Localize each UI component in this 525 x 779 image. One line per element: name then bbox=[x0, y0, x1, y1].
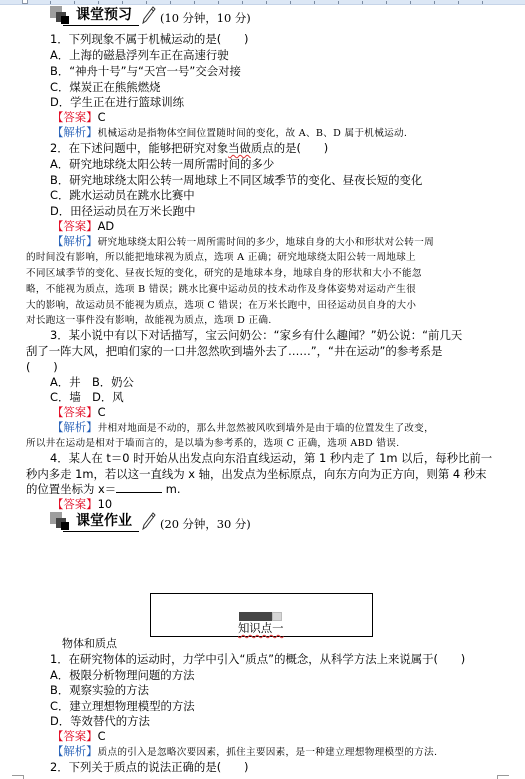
stem-text: 的位置坐标为 x＝ bbox=[26, 482, 116, 496]
analysis-text: 对长跑这一事件没有影响，故能视为质点，选项 D 正确. bbox=[26, 313, 272, 328]
ruler-tick bbox=[74, 1, 75, 4]
analysis-label: 【解析】 bbox=[52, 234, 98, 248]
knowledge-point-badge bbox=[239, 612, 282, 621]
analysis-text: 研究地球绕太阳公转一周所需时间的多少，地球自身的大小和形状对公转一周 bbox=[98, 237, 434, 248]
knowledge-point-text: 知识点一 bbox=[238, 621, 284, 635]
question-stem: 2．在下述问题中，能够把研究对象当做质点的是( ) bbox=[50, 141, 328, 156]
title-underline bbox=[63, 531, 139, 532]
header-decoration-icon bbox=[61, 522, 69, 530]
ruler-tick bbox=[194, 1, 195, 4]
options-row: C．墙 D．风 bbox=[50, 390, 124, 405]
question-stem: 4．某人在 t＝0 时开始从出发点向东沿直线运动，第 1 秒内走了 1m 以后，… bbox=[50, 451, 492, 466]
question-stem: 1．在研究物体的运动时，力学中引入“质点”的概念，从科学方法上来说属于( ) bbox=[50, 652, 465, 667]
knowledge-point-topic: 物体和质点 bbox=[62, 636, 117, 651]
option-d: D．等效替代的方法 bbox=[50, 714, 150, 729]
section-title: 课堂预习 bbox=[76, 7, 132, 23]
badge-dark bbox=[239, 612, 272, 621]
question-stem: 2．下列关于质点的说法正确的是( ) bbox=[50, 760, 248, 775]
analysis-text: 不同区域季节的变化、昼夜长短的变化，研究的是地球本身，地球自身的形状和大小不能忽 bbox=[26, 266, 422, 281]
option-c: C．跳水运动员在跳水比赛中 bbox=[50, 188, 195, 203]
ruler-tick bbox=[362, 1, 363, 4]
ruler-tick bbox=[242, 1, 243, 4]
analysis-text: 所以井在运动是相对于墙而言的，是以墙为参考系的，选项 C 正确，选项 ABD 错… bbox=[26, 436, 399, 451]
pencil-icon bbox=[142, 6, 156, 24]
page-corner-mark bbox=[12, 775, 24, 779]
option-c: C．建立理想物理模型的方法 bbox=[50, 699, 195, 714]
pencil-icon bbox=[142, 512, 156, 530]
answer-value: C bbox=[98, 405, 106, 419]
answer-value: 10 bbox=[98, 497, 113, 511]
answer-label: 【答案】 bbox=[52, 405, 98, 419]
ruler-tick bbox=[434, 1, 435, 4]
ruler-tick bbox=[122, 1, 123, 4]
answer-label: 【答案】 bbox=[52, 497, 98, 511]
section-title: 课堂作业 bbox=[76, 513, 132, 529]
analysis-text: 机械运动是指物体空间位置随时间的变化，故 A、B、D 属于机械运动. bbox=[98, 128, 408, 139]
header-decoration-icon bbox=[61, 16, 69, 24]
options-row: A．井 B．奶公 bbox=[50, 375, 134, 390]
option-d: D．田径运动员在万米长跑中 bbox=[50, 204, 195, 219]
section-header-homework: 课堂作业 (20 分钟，30 分) bbox=[50, 512, 250, 534]
option-b: B．“神舟十号”与“天宫一号”交会对接 bbox=[50, 64, 241, 79]
answer-line: 【答案】AD bbox=[52, 219, 114, 234]
spellcheck-word[interactable]: 当做 bbox=[228, 141, 251, 155]
option-d: D．学生正在进行篮球训练 bbox=[50, 95, 184, 110]
ruler-tick bbox=[290, 1, 291, 4]
option-c: C．煤炭正在熊熊燃烧 bbox=[50, 80, 160, 95]
ruler-tick bbox=[170, 1, 171, 4]
ruler-tick bbox=[314, 1, 315, 4]
analysis-line: 【解析】研究地球绕太阳公转一周所需时间的多少，地球自身的大小和形状对公转一周 bbox=[52, 234, 434, 250]
question-stem: 刮了一阵大风，把咱们家的一口井忽然吹到墙外去了……”，“井在运动”的参考系是 bbox=[26, 344, 442, 359]
analysis-line: 【解析】质点的引入是忽略次要因素，抓住主要因素，是一种建立理想物理模型的方法. bbox=[52, 744, 437, 760]
knowledge-point-label: 知识点一 bbox=[238, 621, 284, 636]
question-stem: 1．下列现象不属于机械运动的是( ) bbox=[50, 32, 248, 47]
section-time-score: (20 分钟，30 分) bbox=[160, 517, 251, 532]
section-time-score: (10 分钟，10 分) bbox=[160, 11, 251, 26]
answer-value: C bbox=[98, 110, 106, 124]
ruler-tick bbox=[386, 1, 387, 4]
option-a: A．研究地球绕太阳公转一周所需时间的多少 bbox=[50, 157, 274, 172]
analysis-line: 【解析】井相对地面是不动的，那么井忽然被风吹到墙外是由于墙的位置发生了改变， bbox=[52, 420, 434, 436]
question-stem: 的位置坐标为 x＝ m. bbox=[26, 482, 180, 497]
analysis-text: 的时间没有影响，所以能把地球视为质点，选项 A 正确；研究地球绕太阳公转一周地球… bbox=[26, 250, 416, 265]
answer-label: 【答案】 bbox=[52, 110, 98, 124]
title-underline bbox=[63, 25, 139, 26]
ruler-tick bbox=[338, 1, 339, 4]
ruler-tick bbox=[98, 1, 99, 4]
answer-line: 【答案】C bbox=[52, 405, 106, 420]
ruler-tick bbox=[410, 1, 411, 4]
answer-label: 【答案】 bbox=[52, 219, 98, 233]
answer-line: 【答案】10 bbox=[52, 497, 112, 512]
answer-line: 【答案】C bbox=[52, 729, 106, 744]
answer-label: 【答案】 bbox=[52, 729, 98, 743]
analysis-label: 【解析】 bbox=[52, 125, 98, 139]
option-a: A．上海的磁悬浮列车正在高速行驶 bbox=[50, 48, 229, 63]
question-stem: 3．某小说中有以下对话描写，宝云问奶公：“家乡有什么趣闻？”奶公说：“前几天 bbox=[50, 328, 462, 343]
ruler-tick bbox=[482, 1, 483, 4]
stem-text: m. bbox=[162, 482, 180, 496]
analysis-text: 大的影响，故运动员不能视为质点，选项 C 错误；在万米长跑中，田径运动员自身的大… bbox=[26, 298, 416, 313]
option-b: B．观察实验的方法 bbox=[50, 683, 149, 698]
option-a: A．极限分析物理问题的方法 bbox=[50, 668, 194, 683]
ruler-tick bbox=[458, 1, 459, 4]
analysis-text: 质点的引入是忽略次要因素，抓住主要因素，是一种建立理想物理模型的方法. bbox=[98, 747, 438, 758]
ruler-tick bbox=[266, 1, 267, 4]
ruler-indent-marker[interactable] bbox=[22, 0, 28, 4]
answer-line: 【答案】C bbox=[52, 110, 106, 125]
ruler-tick bbox=[50, 1, 51, 4]
answer-value: C bbox=[98, 729, 106, 743]
page-corner-mark bbox=[497, 775, 509, 779]
fill-blank[interactable] bbox=[116, 482, 162, 493]
analysis-label: 【解析】 bbox=[52, 744, 98, 758]
analysis-text: 井相对地面是不动的，那么井忽然被风吹到墙外是由于墙的位置发生了改变， bbox=[98, 423, 434, 434]
section-header-preview: 课堂预习 (10 分钟，10 分) bbox=[50, 6, 250, 28]
analysis-label: 【解析】 bbox=[52, 420, 98, 434]
horizontal-ruler[interactable] bbox=[0, 0, 525, 5]
badge-light bbox=[272, 612, 282, 621]
stem-text: 质点的是( ) bbox=[251, 141, 328, 155]
analysis-text: 略，不能视为质点，选项 B 错误；跳水比赛中运动员的技术动作及身体姿势对运动产生… bbox=[26, 282, 416, 297]
knowledge-point-box[interactable]: 知识点一 bbox=[150, 593, 373, 637]
option-b: B．研究地球绕太阳公转一周地球上不同区域季节的变化、昼夜长短的变化 bbox=[50, 173, 422, 188]
ruler-tick bbox=[218, 1, 219, 4]
analysis-line: 【解析】机械运动是指物体空间位置随时间的变化，故 A、B、D 属于机械运动. bbox=[52, 125, 407, 141]
answer-value: AD bbox=[98, 219, 115, 233]
question-stem: 秒内多走 1m，若以这一直线为 x 轴，出发点为坐标原点，向东方向为正方向，则第… bbox=[26, 467, 487, 482]
stem-text: 2．在下述问题中，能够把研究对象 bbox=[50, 141, 228, 155]
question-stem: ( ) bbox=[26, 360, 58, 375]
ruler-tick bbox=[146, 1, 147, 4]
